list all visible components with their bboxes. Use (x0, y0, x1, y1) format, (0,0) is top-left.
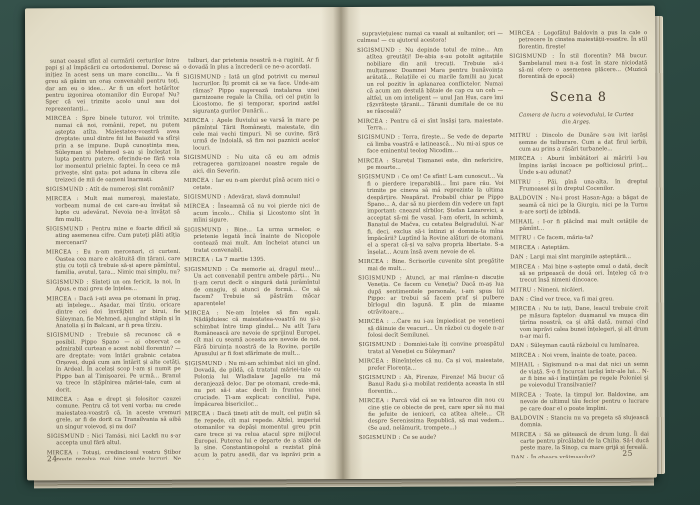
left-page-column-2: tulburi, dar prietenia noastră n-a rugin… (183, 57, 321, 460)
dialogue-entry: MIRCEA : Așteptăm. (510, 244, 648, 251)
speaker-name: SIGISMUND : (358, 174, 402, 180)
dialogue-entry: SIGISMUND : Domniei-tale îți convine pro… (358, 341, 504, 355)
speaker-name: SIGISMUND : (184, 154, 235, 160)
speaker-name: MIRCEA : (510, 306, 543, 312)
speaker-name: SIGISMUND : (358, 134, 403, 140)
speaker-name: MIRCEA : (46, 249, 83, 255)
dialogue-entry: MIHAIL : I-or fi plăcînd mai mult cetăți… (510, 218, 648, 232)
speaker-name: MIRCEA : (510, 156, 548, 162)
speaker-name: SIGISMUND : (47, 433, 92, 439)
dialogue-entry: SIGISMUND : Nu uita că eu am admis retra… (184, 154, 320, 175)
speaker-name: MIRCEA : (358, 319, 392, 325)
speaker-name: MITRU : (510, 235, 537, 241)
dialogue-entry: MIRCEA : Pentru că ei sînt însăși țara, … (357, 118, 503, 132)
speaker-name: SIGISMUND : (359, 374, 405, 380)
speaker-name: MIRCEA : (510, 352, 541, 358)
speaker-name: DAN : (510, 343, 530, 349)
dialogue-entry: MITRU : Nimeni, nicăieri. (510, 286, 648, 293)
speaker-name: MIRCEA : (358, 158, 392, 164)
speaker-name: MIRCEA : (359, 358, 392, 364)
speaker-name: SIGISMUND : (46, 186, 90, 192)
book-scan-photo: { "colors": { "cover": "#2c4841", "paper… (0, 0, 700, 505)
speaker-name: SIGISMUND : (357, 47, 405, 53)
dialogue-entry: MIRCEA : Parcă văd că se va întoarce din… (359, 397, 505, 432)
dialogue-entry: MIRCEA : Mult mai numeroși, maiestate, v… (46, 195, 180, 223)
dialogue-entry: MIRCEA : Totuși, credinciosul vostru Ști… (47, 449, 181, 460)
speaker-name: SIGISMUND : (184, 227, 234, 233)
dialogue-entry: MIRCEA : Dacă țineți atît de mult, cel p… (185, 410, 321, 459)
dialogue-entry: tulburi, dar prietenia noastră n-a rugin… (183, 57, 319, 71)
dialogue-entry: MIRCEA : Bine. Scrisorile cuvenite sînt … (358, 258, 504, 272)
speaker-name: MITRU : (510, 179, 548, 185)
speaker-name: SIGISMUND : (509, 53, 559, 59)
speaker-name: SIGISMUND : (358, 342, 403, 348)
dialogue-entry: MIRCEA : Dacă i-ați avea pe otomani în p… (46, 295, 180, 330)
scene-caption: Camera de lucru a voievodului, la Curtea… (515, 111, 638, 126)
dialogue-entry: MIRCEA : Logofătul Baldovin a pus la cal… (509, 30, 647, 51)
dialogue-entry: MITRU : Dincolo de Dunăre s-au ivit iară… (510, 132, 648, 153)
speaker-name: MIRCEA : (358, 259, 392, 265)
dialogue-entry: SIGISMUND : Bine... La urma urmelor, o p… (184, 226, 320, 254)
dialogue-entry: MITRU : Ce facem, măria-ta? (510, 234, 648, 241)
dialogue-entry: SIGISMUND : Ah, Firenze, Firenze! Mă buc… (359, 374, 505, 395)
right-page-column-2-post-scene: MITRU : Dincolo de Dunăre s-au ivit iară… (510, 132, 649, 458)
dialogue-entry: MIRCEA : Noi vrem, înainte de toate, pac… (510, 352, 648, 359)
dialogue-entry: MIRCEA : Apele fluviului se varsă în mar… (183, 117, 319, 152)
right-page: supraviețuiesc numai ca vasali ai sultan… (341, 6, 657, 479)
dialogue-entry: SIGISMUND : Ce om! Ce sfînt! L-am cunosc… (358, 174, 504, 256)
speaker-name: SIGISMUND : (185, 360, 229, 366)
dialogue-entry: MITRU : Păi, pînă una-alta, în dreptul F… (510, 178, 648, 192)
speaker-name: BALDOVIN : (511, 415, 551, 421)
dialogue-entry: MIRCEA : Starețul Tismanei este, din nef… (358, 157, 504, 171)
speaker-name: MIRCEA : (509, 30, 544, 36)
dialogue-entry: MIRCEA : La 7 martie 1395. (184, 256, 320, 263)
speaker-name: MIRCEA : (46, 295, 79, 301)
dialogue-entry: MIRCEA : Aburii îmbătători ai măririi l-… (510, 155, 648, 176)
dialogue-entry: MIRCEA : Bineînțeles că nu. Ca și voi, m… (359, 358, 505, 372)
speaker-name: MIRCEA : (359, 398, 392, 404)
dialogue-entry: SIGISMUND : Trebuie să recunosc că e pos… (46, 332, 180, 394)
dialogue-entry: MIRCEA : Nu te iuți, Dane, leacul trebui… (510, 305, 648, 340)
speaker-name: MIRCEA : (184, 310, 226, 316)
speaker-name: MITRU : (510, 133, 542, 139)
right-page-column-2: MIRCEA : Logofătul Baldovin a pus la cal… (509, 30, 649, 459)
speaker-name: MIHAIL : (510, 219, 543, 225)
speaker-name: SIGISMUND : (46, 226, 92, 232)
dialogue-entry: MIRCEA : Iar eu n-am pierdut pînă acum n… (184, 177, 320, 191)
speaker-name: DAN : (510, 296, 530, 302)
speaker-name: MIRCEA : (46, 196, 84, 202)
right-page-column-2-text: MIRCEA : Logofătul Baldovin a pus la cal… (509, 30, 649, 459)
speaker-name: SIGISMUND : (46, 279, 91, 285)
speaker-name: DAN : (511, 455, 531, 459)
speaker-name: SIGISMUND : (359, 434, 403, 440)
speaker-name: SIGISMUND : (183, 74, 229, 80)
speaker-name: SIGISMUND : (46, 332, 97, 338)
dialogue-entry: MIRCEA : Ne-am înțeles să fim egali. Năd… (184, 309, 320, 357)
speaker-name: MIRCEA : (184, 257, 215, 263)
speaker-name: MIRCEA : (183, 118, 216, 124)
right-page-column-1: supraviețuiesc numai ca vasali ai sultan… (357, 30, 505, 459)
speaker-name: MIRCEA : (510, 264, 542, 270)
dialogue-entry: MIRCEA : Așa e drept și folositor cauzei… (47, 396, 181, 431)
speaker-name: MIRCEA : (511, 392, 546, 398)
open-book-spread: sunat ceasul sfînt al curmării certurilo… (25, 6, 657, 481)
dialogue-entry: DAN : Largi mai sînt marginile așteptări… (510, 254, 648, 261)
dialogue-entry: MIRCEA : Înseamnă că nu voi pierde nici … (184, 203, 320, 224)
speaker-name: SIGISMUND : (184, 266, 231, 272)
speaker-name: SIGISMUND : (358, 275, 406, 281)
dialogue-entry: SIGISMUND : Sînteți un om fericit, la no… (46, 279, 180, 293)
speaker-name: MIRCEA : (184, 204, 218, 210)
dialogue-entry: DAN : Süleyman caută războiul cu lumînar… (510, 342, 648, 349)
right-page-column-2-pre-scene: MIRCEA : Logofătul Baldovin a pus la cal… (509, 30, 647, 81)
left-page-column-1-text: sunat ceasul sfînt al curmării certurilo… (45, 58, 181, 461)
dialogue-entry: DAN : Cînd vor trece, va fi mai greu. (510, 296, 648, 303)
dialogue-entry: BALDOVIN : Nu-i prost Hasan-Aga: a băgat… (510, 195, 648, 216)
speaker-name: MITRU : (510, 287, 537, 293)
dialogue-entry: SIGISMUND : Ce memorie ai, dragul meu!..… (184, 266, 320, 307)
dialogue-entry: MIHAIL : Sigismund n-a mai dat nici un s… (511, 361, 649, 389)
speaker-name: MIHAIL : (511, 362, 543, 368)
speaker-name: MIRCEA : (511, 431, 544, 437)
right-page-column-1-text: supraviețuiesc numai ca vasali ai sultan… (357, 30, 505, 441)
dialogue-entry: BALDOVIN : Stanciu nu va pregeta să sluj… (511, 415, 649, 429)
dialogue-entry: MIRCEA : ...Care nu i-au împiedicat pe v… (358, 318, 504, 339)
left-page-column-1: sunat ceasul sfînt al curmării certurilo… (45, 58, 181, 461)
dialogue-entry: SIGISMUND : Pentru mine e foarte dificil… (46, 225, 180, 246)
speaker-name: MIRCEA : (510, 244, 541, 250)
speaker-name: MIRCEA : (357, 118, 390, 124)
left-page: sunat ceasul sfînt al curmării certurilo… (25, 7, 343, 480)
dialogue-entry: SIGISMUND : Ce se aude? (359, 434, 505, 441)
dialogue-entry: SIGISMUND : Nu depinde totul de mine... … (357, 47, 503, 116)
speaker-name: MIRCEA : (45, 115, 82, 121)
speaker-name: MIRCEA : (185, 411, 217, 417)
dialogue-entry: SIGISMUND : Terra, firește... Se vede de… (358, 134, 504, 155)
speaker-name: SIGISMUND : (184, 194, 228, 200)
dialogue-entry: SIGISMUND : Iată un gînd potrivit cu mer… (183, 73, 319, 114)
dialogue-entry: SIGISMUND : Atunci, ar mai rămîne-n disc… (358, 274, 504, 316)
dialogue-entry: MIRCEA : Mai bine s-aștepte omul o dată,… (510, 263, 648, 284)
dialogue-entry: SIGISMUND : În stil florentin? Mă bucur.… (509, 53, 647, 81)
dialogue-entry: SIGISMUND : Adevărat, slavă domnului! (184, 194, 320, 201)
dialogue-entry: MIRCEA : Toate, la timpul lor. Baldovine… (511, 391, 649, 412)
scene-block: Scena 8 Camera de lucru a voievodului, l… (509, 89, 647, 126)
speaker-name: BALDOVIN : (510, 195, 551, 201)
speaker-name: DAN : (510, 254, 530, 260)
speaker-name: MIRCEA : (47, 396, 84, 402)
dialogue-entry: sunat ceasul sfînt al curmării certurilo… (45, 58, 179, 113)
scene-heading: Scena 8 (509, 89, 647, 105)
dialogue-entry: MIRCEA : Spre binele tuturor, voi trimit… (45, 115, 179, 184)
dialogue-entry: MIRCEA : Eu n-am mercenari, ci curteni. … (46, 249, 180, 277)
dialogue-entry: SIGISMUND : Nici Tamási, nici Lackfi nu … (47, 433, 181, 447)
right-page-number: 25 (622, 449, 633, 458)
left-page-column-2-text: tulburi, dar prietenia noastră n-a rugin… (183, 57, 321, 460)
speaker-name: MIRCEA : (184, 178, 216, 184)
dialogue-entry: SIGISMUND : Atît de numeroși sînt români… (46, 186, 180, 193)
dialogue-entry: SIGISMUND : Nu mi-am schimbat nici un gî… (185, 360, 321, 408)
left-page-number: 24 (47, 454, 58, 463)
dialogue-entry: supraviețuiesc numai ca vasali ai sultan… (357, 30, 503, 44)
